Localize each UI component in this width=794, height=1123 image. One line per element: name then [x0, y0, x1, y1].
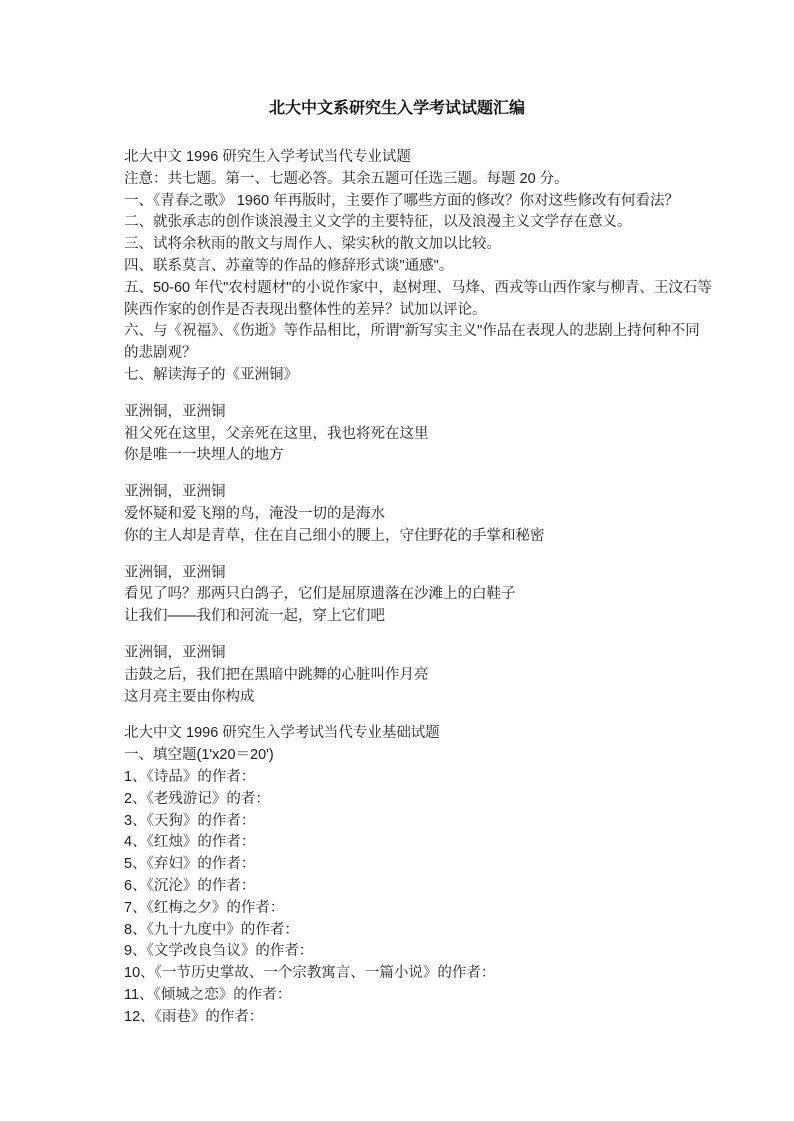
- poem-stanza-3: 亚洲铜，亚洲铜 看见了吗？那两只白鸽子，它们是屈原遗落在沙滩上的白鞋子 让我们—…: [124, 563, 712, 628]
- exam2-item-11: 11、《倾城之恋》的作者：: [124, 985, 712, 1007]
- poem-line: 亚洲铜，亚洲铜: [124, 402, 712, 424]
- exam2-item-5: 5、《弃妇》的作者：: [124, 854, 712, 876]
- exam1-question-3: 三、试将余秋雨的散文与周作人、梁实秋的散文加以比较。: [124, 234, 712, 256]
- exam2-item-12: 12、《雨巷》的作者：: [124, 1007, 712, 1029]
- exam2-section-title: 一、填空题(1'x20＝20'): [124, 745, 712, 767]
- poem-line: 亚洲铜，亚洲铜: [124, 643, 712, 665]
- poem-stanza-1: 亚洲铜，亚洲铜 祖父死在这里，父亲死在这里，我也将死在这里 你是唯一一块埋人的地…: [124, 402, 712, 467]
- exam2-item-2: 2、《老残游记》的者：: [124, 789, 712, 811]
- poem-line: 亚洲铜，亚洲铜: [124, 482, 712, 504]
- exam2-item-7: 7、《红梅之夕》的作者：: [124, 898, 712, 920]
- exam1-heading: 北大中文 1996 研究生入学考试当代专业试题: [124, 147, 712, 169]
- poem-asia-copper: 亚洲铜，亚洲铜 祖父死在这里，父亲死在这里，我也将死在这里 你是唯一一块埋人的地…: [124, 402, 712, 709]
- exam1-question-1: 一、《青春之歌》 1960 年再版时，主要作了哪些方面的修改？你对这些修改有何看…: [124, 191, 712, 213]
- poem-line: 让我们——我们和河流一起，穿上它们吧: [124, 606, 712, 628]
- exam-section-1996-major: 北大中文 1996 研究生入学考试当代专业试题 注意：共七题。第一、七题必答。其…: [124, 147, 712, 387]
- exam1-question-2: 二、就张承志的创作谈浪漫主义文学的主要特征，以及浪漫主义文学存在意义。: [124, 212, 712, 234]
- poem-line: 看见了吗？那两只白鸽子，它们是屈原遗落在沙滩上的白鞋子: [124, 584, 712, 606]
- exam2-item-9: 9、《文学改良刍议》的作者：: [124, 941, 712, 963]
- poem-line: 这月亮主要由你构成: [124, 687, 712, 709]
- exam2-item-8: 8、《九十九度中》的作者：: [124, 920, 712, 942]
- exam1-question-7: 七、解读海子的《亚洲铜》: [124, 365, 712, 387]
- exam2-item-10: 10、《一节历史掌故、一个宗教寓言、一篇小说》的作者：: [124, 963, 712, 985]
- exam1-question-5: 五、50-60 年代"农村题材"的小说作家中，赵树理、马烽、西戎等山西作家与柳青…: [124, 278, 712, 322]
- exam-section-1996-basic: 北大中文 1996 研究生入学考试当代专业基础试题 一、填空题(1'x20＝20…: [124, 723, 712, 1028]
- exam2-item-6: 6、《沉沦》的作者：: [124, 876, 712, 898]
- poem-stanza-4: 亚洲铜，亚洲铜 击鼓之后，我们把在黑暗中跳舞的心脏叫作月亮 这月亮主要由你构成: [124, 643, 712, 708]
- exam1-notice: 注意：共七题。第一、七题必答。其余五题可任选三题。每题 20 分。: [124, 169, 712, 191]
- poem-line: 你是唯一一块埋人的地方: [124, 445, 712, 467]
- exam2-heading: 北大中文 1996 研究生入学考试当代专业基础试题: [124, 723, 712, 745]
- poem-line: 祖父死在这里，父亲死在这里，我也将死在这里: [124, 424, 712, 446]
- exam2-item-3: 3、《天狗》的作者：: [124, 811, 712, 833]
- exam1-question-6: 六、与《祝福》、《伤逝》等作品相比，所谓"新写实主义"作品在表现人的悲剧上持何种…: [124, 321, 712, 365]
- document-title: 北大中文系研究生入学考试试题汇编: [0, 0, 794, 120]
- document-page: 北大中文系研究生入学考试试题汇编 北大中文 1996 研究生入学考试当代专业试题…: [0, 0, 794, 1123]
- poem-line: 亚洲铜，亚洲铜: [124, 563, 712, 585]
- exam2-item-1: 1、《诗品》的作者：: [124, 767, 712, 789]
- exam2-item-4: 4、《红烛》的作者：: [124, 832, 712, 854]
- exam1-question-4: 四、联系莫言、苏童等的作品的修辞形式谈"通感"。: [124, 256, 712, 278]
- document-body: 北大中文 1996 研究生入学考试当代专业试题 注意：共七题。第一、七题必答。其…: [0, 147, 712, 1028]
- poem-line: 你的主人却是青草，住在自己细小的腰上，守住野花的手掌和秘密: [124, 526, 712, 548]
- poem-line: 击鼓之后，我们把在黑暗中跳舞的心脏叫作月亮: [124, 665, 712, 687]
- poem-line: 爱怀疑和爱飞翔的鸟，淹没一切的是海水: [124, 504, 712, 526]
- poem-stanza-2: 亚洲铜，亚洲铜 爱怀疑和爱飞翔的鸟，淹没一切的是海水 你的主人却是青草，住在自己…: [124, 482, 712, 547]
